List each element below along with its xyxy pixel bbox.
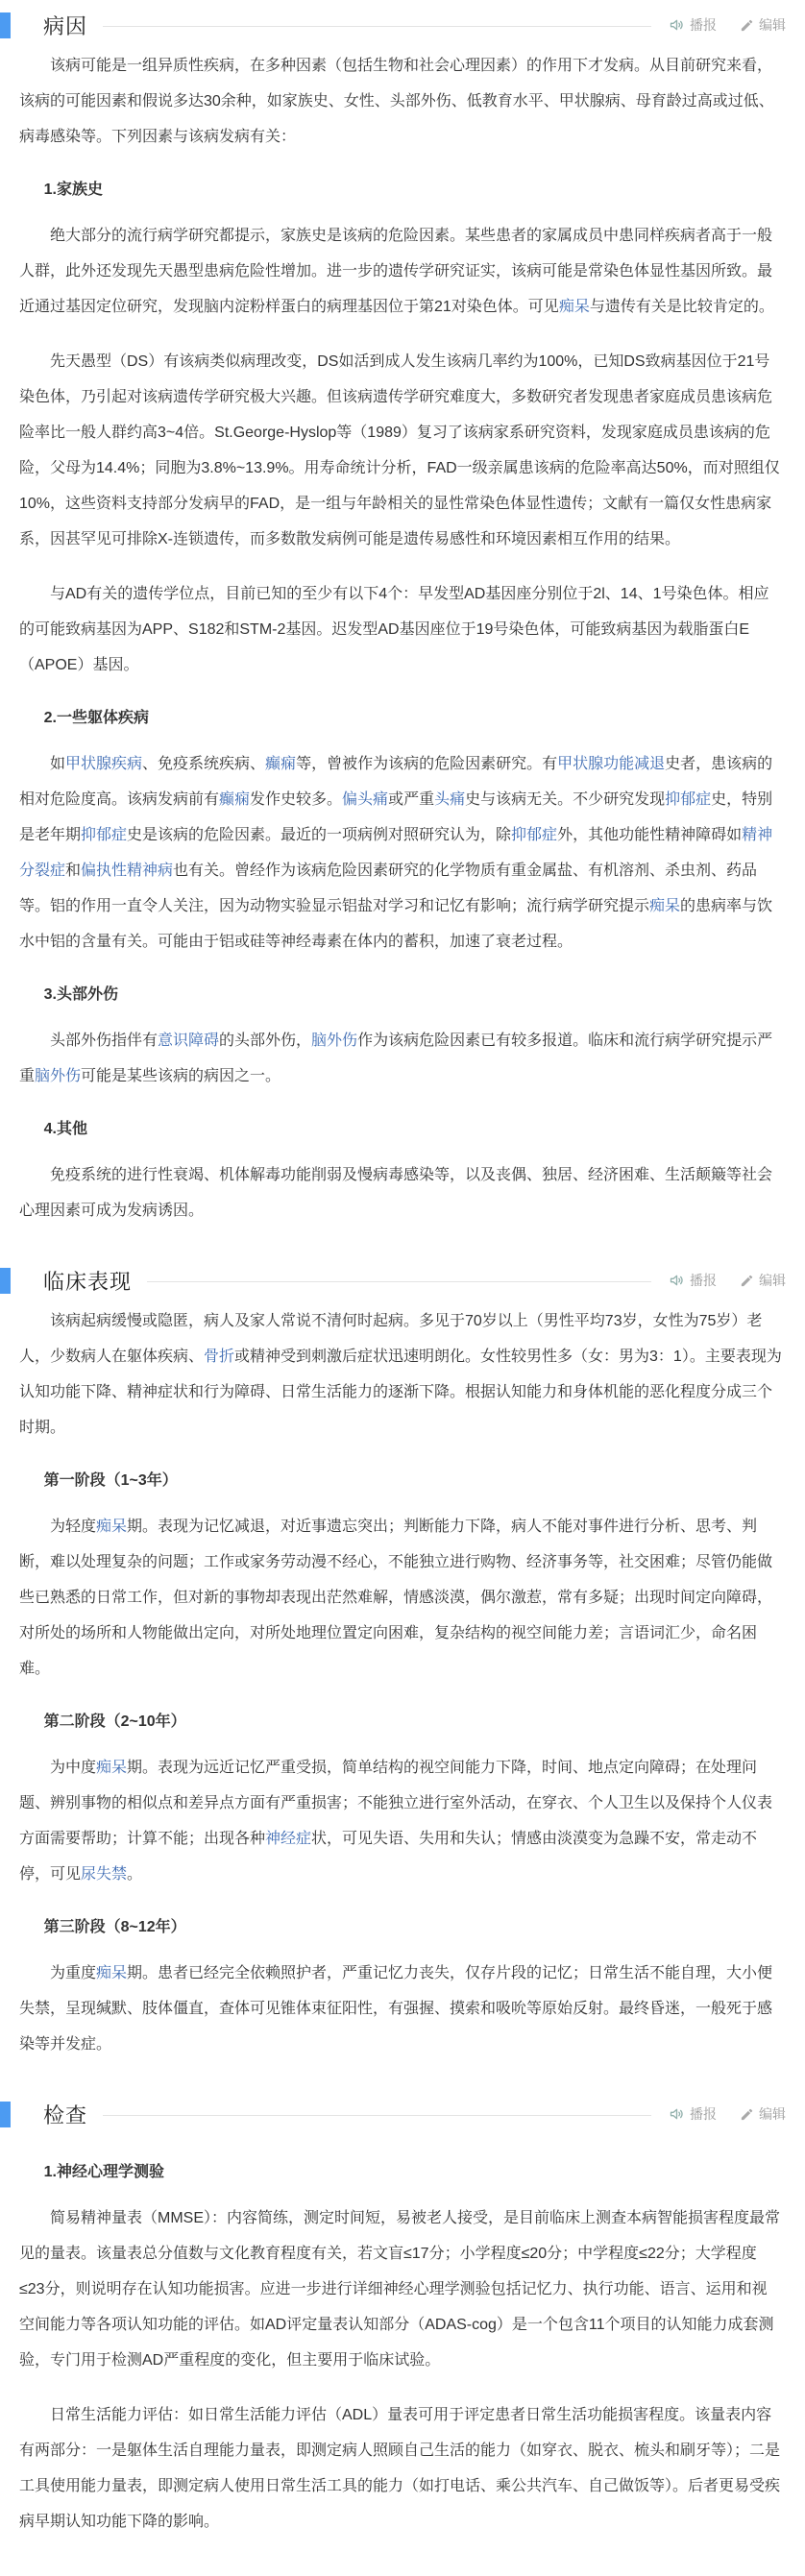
term-link[interactable]: 甲状腺功能减退 — [557, 756, 665, 772]
speaker-icon — [669, 17, 685, 33]
edit-label: 编辑 — [759, 1271, 786, 1290]
paragraph: 免疫系统的进行性衰竭、机体解毒功能削弱及慢病毒感染等，以及丧偶、独居、经济困难、… — [19, 1157, 782, 1228]
term-link[interactable]: 抑郁症 — [665, 791, 711, 808]
term-link[interactable]: 偏执性精神病 — [81, 863, 173, 879]
term-link[interactable]: 神经症 — [265, 1831, 311, 1847]
term-link[interactable]: 脑外伤 — [311, 1033, 357, 1049]
term-link[interactable]: 甲状腺疾病 — [65, 756, 142, 772]
term-link[interactable]: 脑外伤 — [35, 1068, 81, 1084]
term-link[interactable]: 痴呆 — [649, 898, 680, 914]
term-link[interactable]: 痴呆 — [96, 1965, 127, 1981]
section-accent-bar — [0, 2102, 11, 2127]
paragraph: 绝大部分的流行病学研究都提示，家族史是该病的危险因素。某些患者的家属成员中患同样… — [19, 218, 782, 325]
edit-button[interactable]: 编辑 — [740, 1271, 786, 1290]
subheading: 3.头部外伤 — [19, 984, 782, 1006]
content-section: 检查 播报 编辑 1.神经心理学测验简易精神量表（MMSE）：内容简练，测定时间… — [0, 2095, 805, 2540]
play-audio-label: 播报 — [690, 15, 717, 35]
speaker-icon — [669, 1273, 685, 1288]
section-header: 检查 播报 编辑 — [0, 2095, 805, 2133]
pencil-icon — [740, 1274, 754, 1288]
subheading: 第三阶段（8~12年） — [19, 1917, 782, 1938]
section-header: 病因 播报 编辑 — [0, 6, 805, 44]
section-title: 检查 — [43, 2100, 87, 2129]
term-link[interactable]: 癫痫 — [265, 756, 296, 772]
term-link[interactable]: 痴呆 — [96, 1760, 127, 1776]
section-divider — [103, 26, 651, 27]
term-link[interactable]: 头痛 — [434, 791, 465, 808]
section-accent-bar — [0, 12, 11, 38]
term-link[interactable]: 癫痫 — [219, 791, 250, 808]
term-link[interactable]: 意识障碍 — [158, 1033, 219, 1049]
pencil-icon — [740, 18, 754, 33]
article: 病因 播报 编辑 该病可能是一组异质性疾病，在多种因素（包括生物和社会心理因素）… — [0, 0, 805, 2576]
section-divider — [103, 2115, 651, 2116]
subheading: 2.一些躯体疾病 — [19, 708, 782, 729]
paragraph: 该病起病缓慢或隐匿，病人及家人常说不清何时起病。多见于70岁以上（男性平均73岁… — [19, 1303, 782, 1446]
term-link[interactable]: 偏头痛 — [342, 791, 388, 808]
play-audio-button[interactable]: 播报 — [669, 2104, 717, 2124]
play-audio-button[interactable]: 播报 — [669, 1271, 717, 1290]
play-audio-label: 播报 — [690, 2104, 717, 2124]
section-title: 临床表现 — [43, 1266, 132, 1296]
paragraph: 头部外伤指伴有意识障碍的头部外伤，脑外伤作为该病危险因素已有较多报道。临床和流行… — [19, 1023, 782, 1094]
section-body: 该病起病缓慢或隐匿，病人及家人常说不清何时起病。多见于70岁以上（男性平均73岁… — [0, 1300, 805, 2062]
play-audio-button[interactable]: 播报 — [669, 15, 717, 35]
subheading: 第一阶段（1~3年） — [19, 1470, 782, 1492]
paragraph: 与AD有关的遗传学位点，目前已知的至少有以下4个：早发型AD基因座分别位于2l、… — [19, 576, 782, 683]
section-header: 临床表现 播报 编辑 — [0, 1261, 805, 1300]
section-accent-bar — [0, 1268, 11, 1294]
subheading: 1.神经心理学测验 — [19, 2162, 782, 2183]
play-audio-label: 播报 — [690, 1271, 717, 1290]
paragraph: 为重度痴呆期。患者已经完全依赖照护者，严重记忆力丧失，仅存片段的记忆；日常生活不… — [19, 1956, 782, 2062]
edit-label: 编辑 — [759, 2104, 786, 2124]
term-link[interactable]: 痴呆 — [96, 1519, 127, 1535]
term-link[interactable]: 骨折 — [204, 1349, 234, 1365]
paragraph: 如甲状腺疾病、免疫系统疾病、癫痫等，曾被作为该病的危险因素研究。有甲状腺功能减退… — [19, 746, 782, 960]
paragraph: 日常生活能力评估：如日常生活能力评估（ADL）量表可用于评定患者日常生活功能损害… — [19, 2397, 782, 2540]
section-title: 病因 — [43, 11, 87, 40]
speaker-icon — [669, 2106, 685, 2122]
section-body: 1.神经心理学测验简易精神量表（MMSE）：内容简练，测定时间短，易被老人接受，… — [0, 2133, 805, 2540]
paragraph: 先天愚型（DS）有该病类似病理改变，DS如活到成人发生该病几率约为100%，已知… — [19, 344, 782, 557]
section-divider — [147, 1281, 651, 1282]
paragraph: 为轻度痴呆期。表现为记忆减退，对近事遗忘突出；判断能力下降，病人不能对事件进行分… — [19, 1509, 782, 1687]
edit-button[interactable]: 编辑 — [740, 2104, 786, 2124]
term-link[interactable]: 尿失禁 — [81, 1866, 127, 1883]
edit-button[interactable]: 编辑 — [740, 15, 786, 35]
content-section: 病因 播报 编辑 该病可能是一组异质性疾病，在多种因素（包括生物和社会心理因素）… — [0, 6, 805, 1228]
term-link[interactable]: 痴呆 — [559, 299, 590, 315]
subheading: 1.家族史 — [19, 180, 782, 201]
paragraph: 简易精神量表（MMSE）：内容简练，测定时间短，易被老人接受，是目前临床上测查本… — [19, 2200, 782, 2378]
term-link[interactable]: 抑郁症 — [81, 827, 127, 843]
subheading: 第二阶段（2~10年） — [19, 1712, 782, 1733]
subheading: 4.其他 — [19, 1119, 782, 1140]
paragraph: 该病可能是一组异质性疾病，在多种因素（包括生物和社会心理因素）的作用下才发病。从… — [19, 48, 782, 155]
section-body: 该病可能是一组异质性疾病，在多种因素（包括生物和社会心理因素）的作用下才发病。从… — [0, 44, 805, 1228]
edit-label: 编辑 — [759, 15, 786, 35]
paragraph: 为中度痴呆期。表现为远近记忆严重受损，简单结构的视空间能力下降，时间、地点定向障… — [19, 1750, 782, 1892]
term-link[interactable]: 抑郁症 — [511, 827, 557, 843]
pencil-icon — [740, 2107, 754, 2122]
content-section: 临床表现 播报 编辑 该病起病缓慢或隐匿，病人及家人常说不清何时起病。多见于70… — [0, 1261, 805, 2062]
